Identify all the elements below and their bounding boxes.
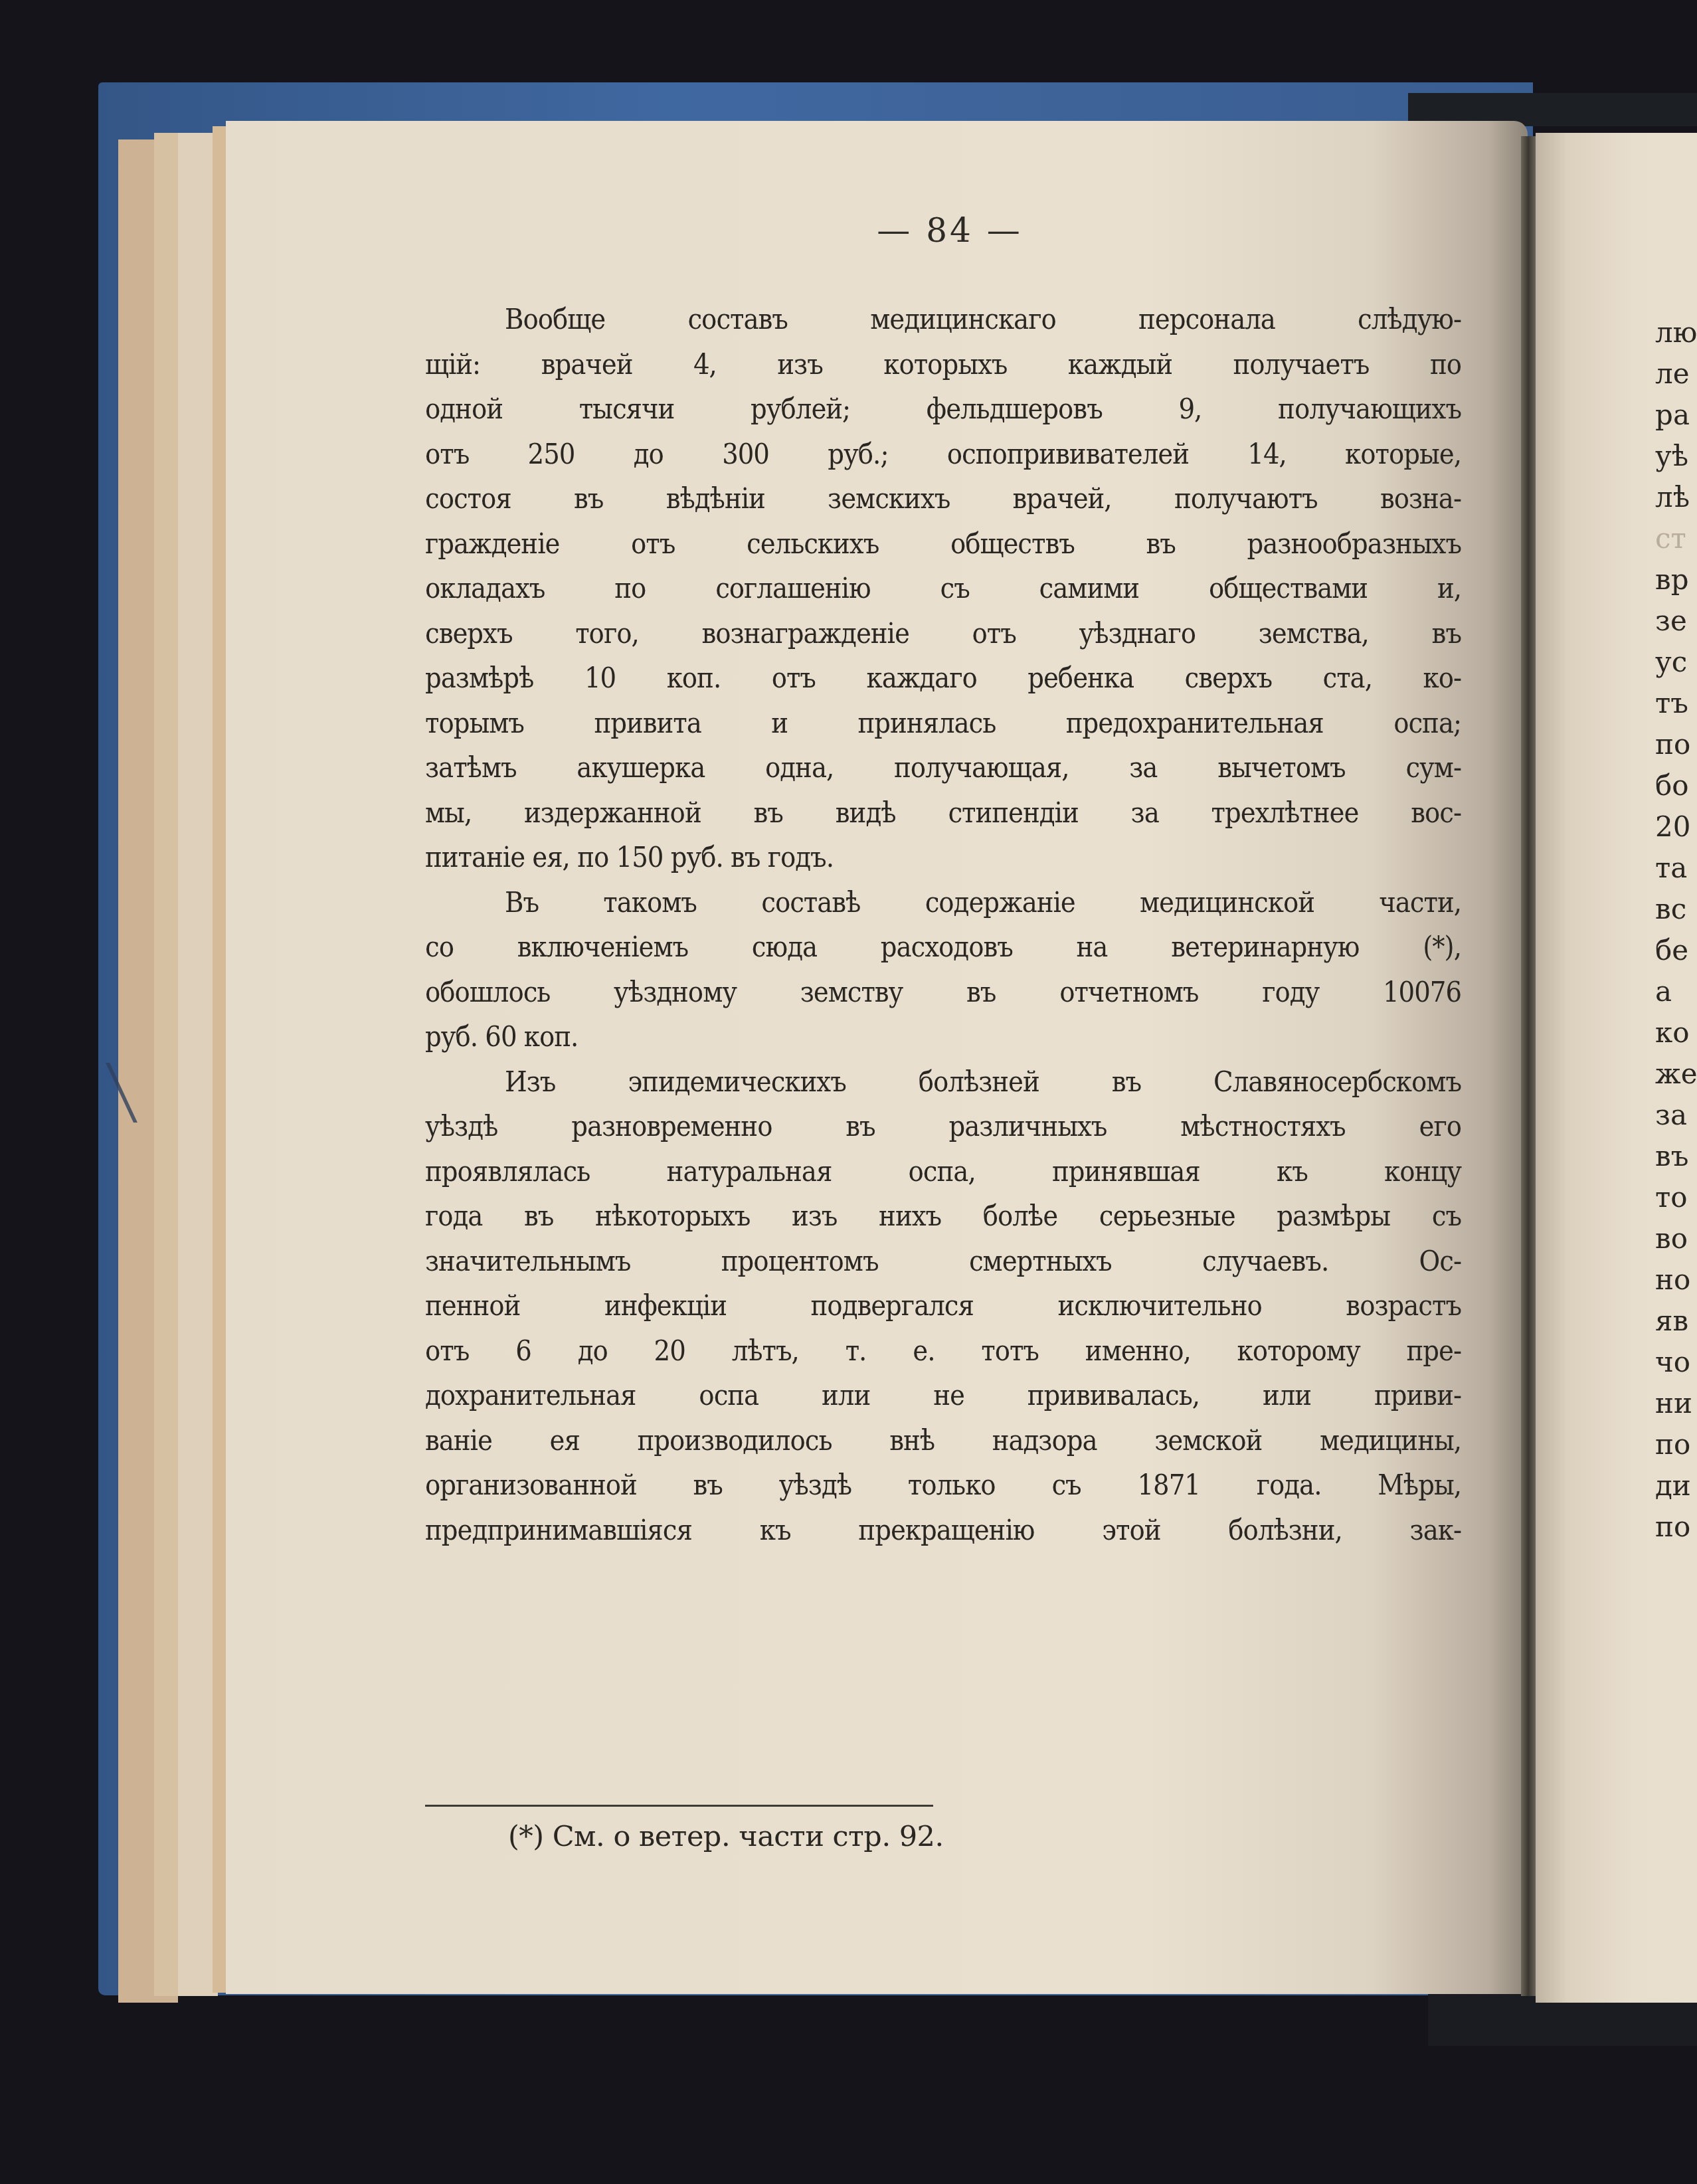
- facing-line: по: [1655, 1424, 1697, 1465]
- facing-line: ди: [1655, 1465, 1697, 1506]
- facing-line: по: [1655, 1506, 1697, 1548]
- text-line: окладахъ по соглашенію съ самими обществ…: [425, 567, 1461, 612]
- facing-line: а: [1655, 971, 1697, 1012]
- text-line: состоя въ вѣдѣніи земскихъ врачей, получ…: [425, 477, 1461, 522]
- facing-line: чо: [1655, 1342, 1697, 1383]
- book-gutter: [1521, 136, 1536, 1996]
- text-line: значительнымъ процентомъ смертныхъ случа…: [425, 1239, 1461, 1285]
- page-stack-edge: [178, 133, 218, 1996]
- facing-line: за: [1655, 1095, 1697, 1136]
- text-line: предпринимавшіяся къ прекращенію этой бо…: [425, 1508, 1461, 1554]
- footnote: (*) См. о ветер. части стр. 92.: [508, 1820, 944, 1853]
- text-line: уѣздѣ разновременно въ различныхъ мѣстно…: [425, 1105, 1461, 1150]
- facing-line: ра: [1655, 395, 1697, 436]
- text-line: со включеніемъ сюда расходовъ на ветерин…: [425, 925, 1461, 970]
- footnote-divider: [425, 1805, 933, 1807]
- text-line: гражденіе отъ сельскихъ обществъ въ разн…: [425, 522, 1461, 567]
- facing-line: въ: [1655, 1136, 1697, 1177]
- facing-line: во: [1655, 1218, 1697, 1259]
- facing-line: вс: [1655, 889, 1697, 930]
- body-text: Вообще составъ медицинскаго персонала сл…: [425, 298, 1461, 1553]
- text-line: отъ 250 до 300 руб.; оспопрививателей 14…: [425, 432, 1461, 478]
- text-line: года въ нѣкоторыхъ изъ нихъ болѣе серьез…: [425, 1194, 1461, 1239]
- facing-line: лю: [1655, 312, 1697, 353]
- text-line: организованной въ уѣздѣ только съ 1871 г…: [425, 1463, 1461, 1508]
- text-line: затѣмъ акушерка одна, получающая, за выч…: [425, 746, 1461, 791]
- facing-line: бе: [1655, 930, 1697, 971]
- text-line: Вообще составъ медицинскаго персонала сл…: [425, 298, 1461, 343]
- page-number: — 84 —: [850, 211, 1049, 250]
- text-line: дохранительная оспа или не прививалась, …: [425, 1374, 1461, 1419]
- facing-line: лѣ: [1655, 477, 1697, 518]
- text-line: обошлось уѣздному земству въ отчетномъ г…: [425, 970, 1461, 1016]
- text-line: пенной инфекціи подвергался исключительн…: [425, 1284, 1461, 1329]
- text-line: мы, издержанной въ видѣ стипендіи за тре…: [425, 791, 1461, 836]
- facing-line: ко: [1655, 1012, 1697, 1053]
- text-line: торымъ привита и принялась предохранител…: [425, 701, 1461, 747]
- facing-line: ст: [1655, 518, 1697, 559]
- text-line: сверхъ того, вознагражденіе отъ уѣзднаго…: [425, 612, 1461, 657]
- text-line: Въ такомъ составѣ содержаніе медицинской…: [425, 881, 1461, 926]
- facing-line: но: [1655, 1259, 1697, 1301]
- text-line: щій: врачей 4, изъ которыхъ каждый получ…: [425, 343, 1461, 388]
- facing-line: то: [1655, 1177, 1697, 1218]
- facing-line: же: [1655, 1053, 1697, 1095]
- facing-line: уѣ: [1655, 436, 1697, 477]
- facing-line: вр: [1655, 559, 1697, 600]
- facing-line: яв: [1655, 1301, 1697, 1342]
- facing-line: 20: [1655, 806, 1697, 848]
- text-line: отъ 6 до 20 лѣтъ, т. е. тотъ именно, кот…: [425, 1329, 1461, 1374]
- text-line: Изъ эпидемическихъ болѣзней въ Славяносе…: [425, 1060, 1461, 1105]
- text-line: питаніе ея, по 150 руб. въ годъ.: [425, 836, 1461, 881]
- text-line: одной тысячи рублей; фельдшеровъ 9, полу…: [425, 387, 1461, 432]
- facing-line: ле: [1655, 353, 1697, 395]
- facing-line: ус: [1655, 642, 1697, 683]
- text-line: проявлялась натуральная оспа, принявшая …: [425, 1150, 1461, 1195]
- text-line: ваніе ея производилось внѣ надзора земск…: [425, 1419, 1461, 1464]
- facing-line: бо: [1655, 765, 1697, 806]
- facing-line: по: [1655, 724, 1697, 765]
- page-stack-edge: [154, 133, 181, 1996]
- facing-line: тъ: [1655, 683, 1697, 724]
- facing-line: та: [1655, 848, 1697, 889]
- facing-line: зе: [1655, 600, 1697, 642]
- text-line: размѣрѣ 10 коп. отъ каждаго ребенка свер…: [425, 656, 1461, 701]
- text-line: руб. 60 коп.: [425, 1015, 1461, 1060]
- facing-line: ни: [1655, 1383, 1697, 1424]
- facing-page-text: лю ле ра уѣ лѣ ст вр зе ус тъ по бо 20 т…: [1655, 312, 1697, 1548]
